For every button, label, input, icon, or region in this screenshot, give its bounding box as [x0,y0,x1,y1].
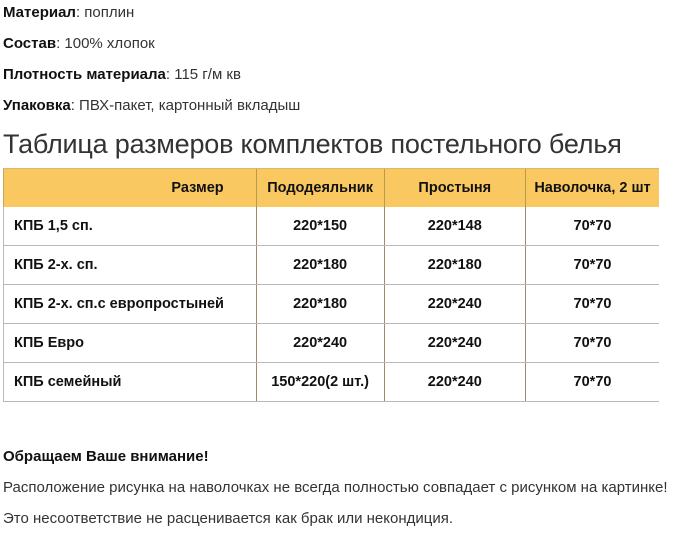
cell-sheet: 220*240 [384,363,525,402]
cell-size: КПБ 1,5 сп. [4,207,257,246]
cell-sheet: 220*180 [384,246,525,285]
property-label: Упаковка [3,97,71,114]
property-label: Плотность материала [3,66,166,83]
table-row: КПБ 1,5 сп. 220*150 220*148 70*70 [4,207,660,246]
table-title: Таблица размеров комплектов постельного … [3,127,622,161]
notice-title: Обращаем Ваше внимание! [3,448,209,465]
cell-size: КПБ 2-х. сп. [4,246,257,285]
notice-line: Расположение рисунка на наволочках не вс… [3,479,668,496]
property-value: : 115 г/м кв [166,66,241,83]
property-packaging: Упаковка: ПВХ-пакет, картонный вкладыш [3,97,300,115]
cell-size: КПБ 2-х. сп.с европростыней [4,285,257,324]
table-row: КПБ 2-х. сп. 220*180 220*180 70*70 [4,246,660,285]
cell-duvet-cover: 150*220(2 шт.) [256,363,384,402]
column-header-pillowcase: Наволочка, 2 шт [526,169,660,208]
cell-pillowcase: 70*70 [526,324,660,363]
cell-duvet-cover: 220*180 [256,246,384,285]
table-row: КПБ семейный 150*220(2 шт.) 220*240 70*7… [4,363,660,402]
cell-pillowcase: 70*70 [526,207,660,246]
property-density: Плотность материала: 115 г/м кв [3,66,241,84]
column-header-sheet: Простыня [384,169,525,208]
cell-pillowcase: 70*70 [526,246,660,285]
property-label: Состав [3,35,56,52]
column-header-size: Размер [4,169,257,208]
cell-pillowcase: 70*70 [526,363,660,402]
cell-size: КПБ семейный [4,363,257,402]
property-value: : 100% хлопок [56,35,155,52]
column-header-duvet-cover: Пододеяльник [256,169,384,208]
notice-line: Это несоответствие не расценивается как … [3,510,453,527]
cell-duvet-cover: 220*180 [256,285,384,324]
property-value: : поплин [76,4,134,21]
cell-duvet-cover: 220*240 [256,324,384,363]
cell-sheet: 220*240 [384,324,525,363]
cell-size: КПБ Евро [4,324,257,363]
property-composition: Состав: 100% хлопок [3,35,155,53]
table-row: КПБ Евро 220*240 220*240 70*70 [4,324,660,363]
cell-sheet: 220*148 [384,207,525,246]
size-table: Размер Пододеяльник Простыня Наволочка, … [3,168,659,402]
property-value: : ПВХ-пакет, картонный вкладыш [71,97,301,114]
property-material: Материал: поплин [3,4,134,22]
table-header-row: Размер Пододеяльник Простыня Наволочка, … [4,169,660,208]
table-row: КПБ 2-х. сп.с европростыней 220*180 220*… [4,285,660,324]
cell-duvet-cover: 220*150 [256,207,384,246]
cell-pillowcase: 70*70 [526,285,660,324]
property-label: Материал [3,4,76,21]
cell-sheet: 220*240 [384,285,525,324]
